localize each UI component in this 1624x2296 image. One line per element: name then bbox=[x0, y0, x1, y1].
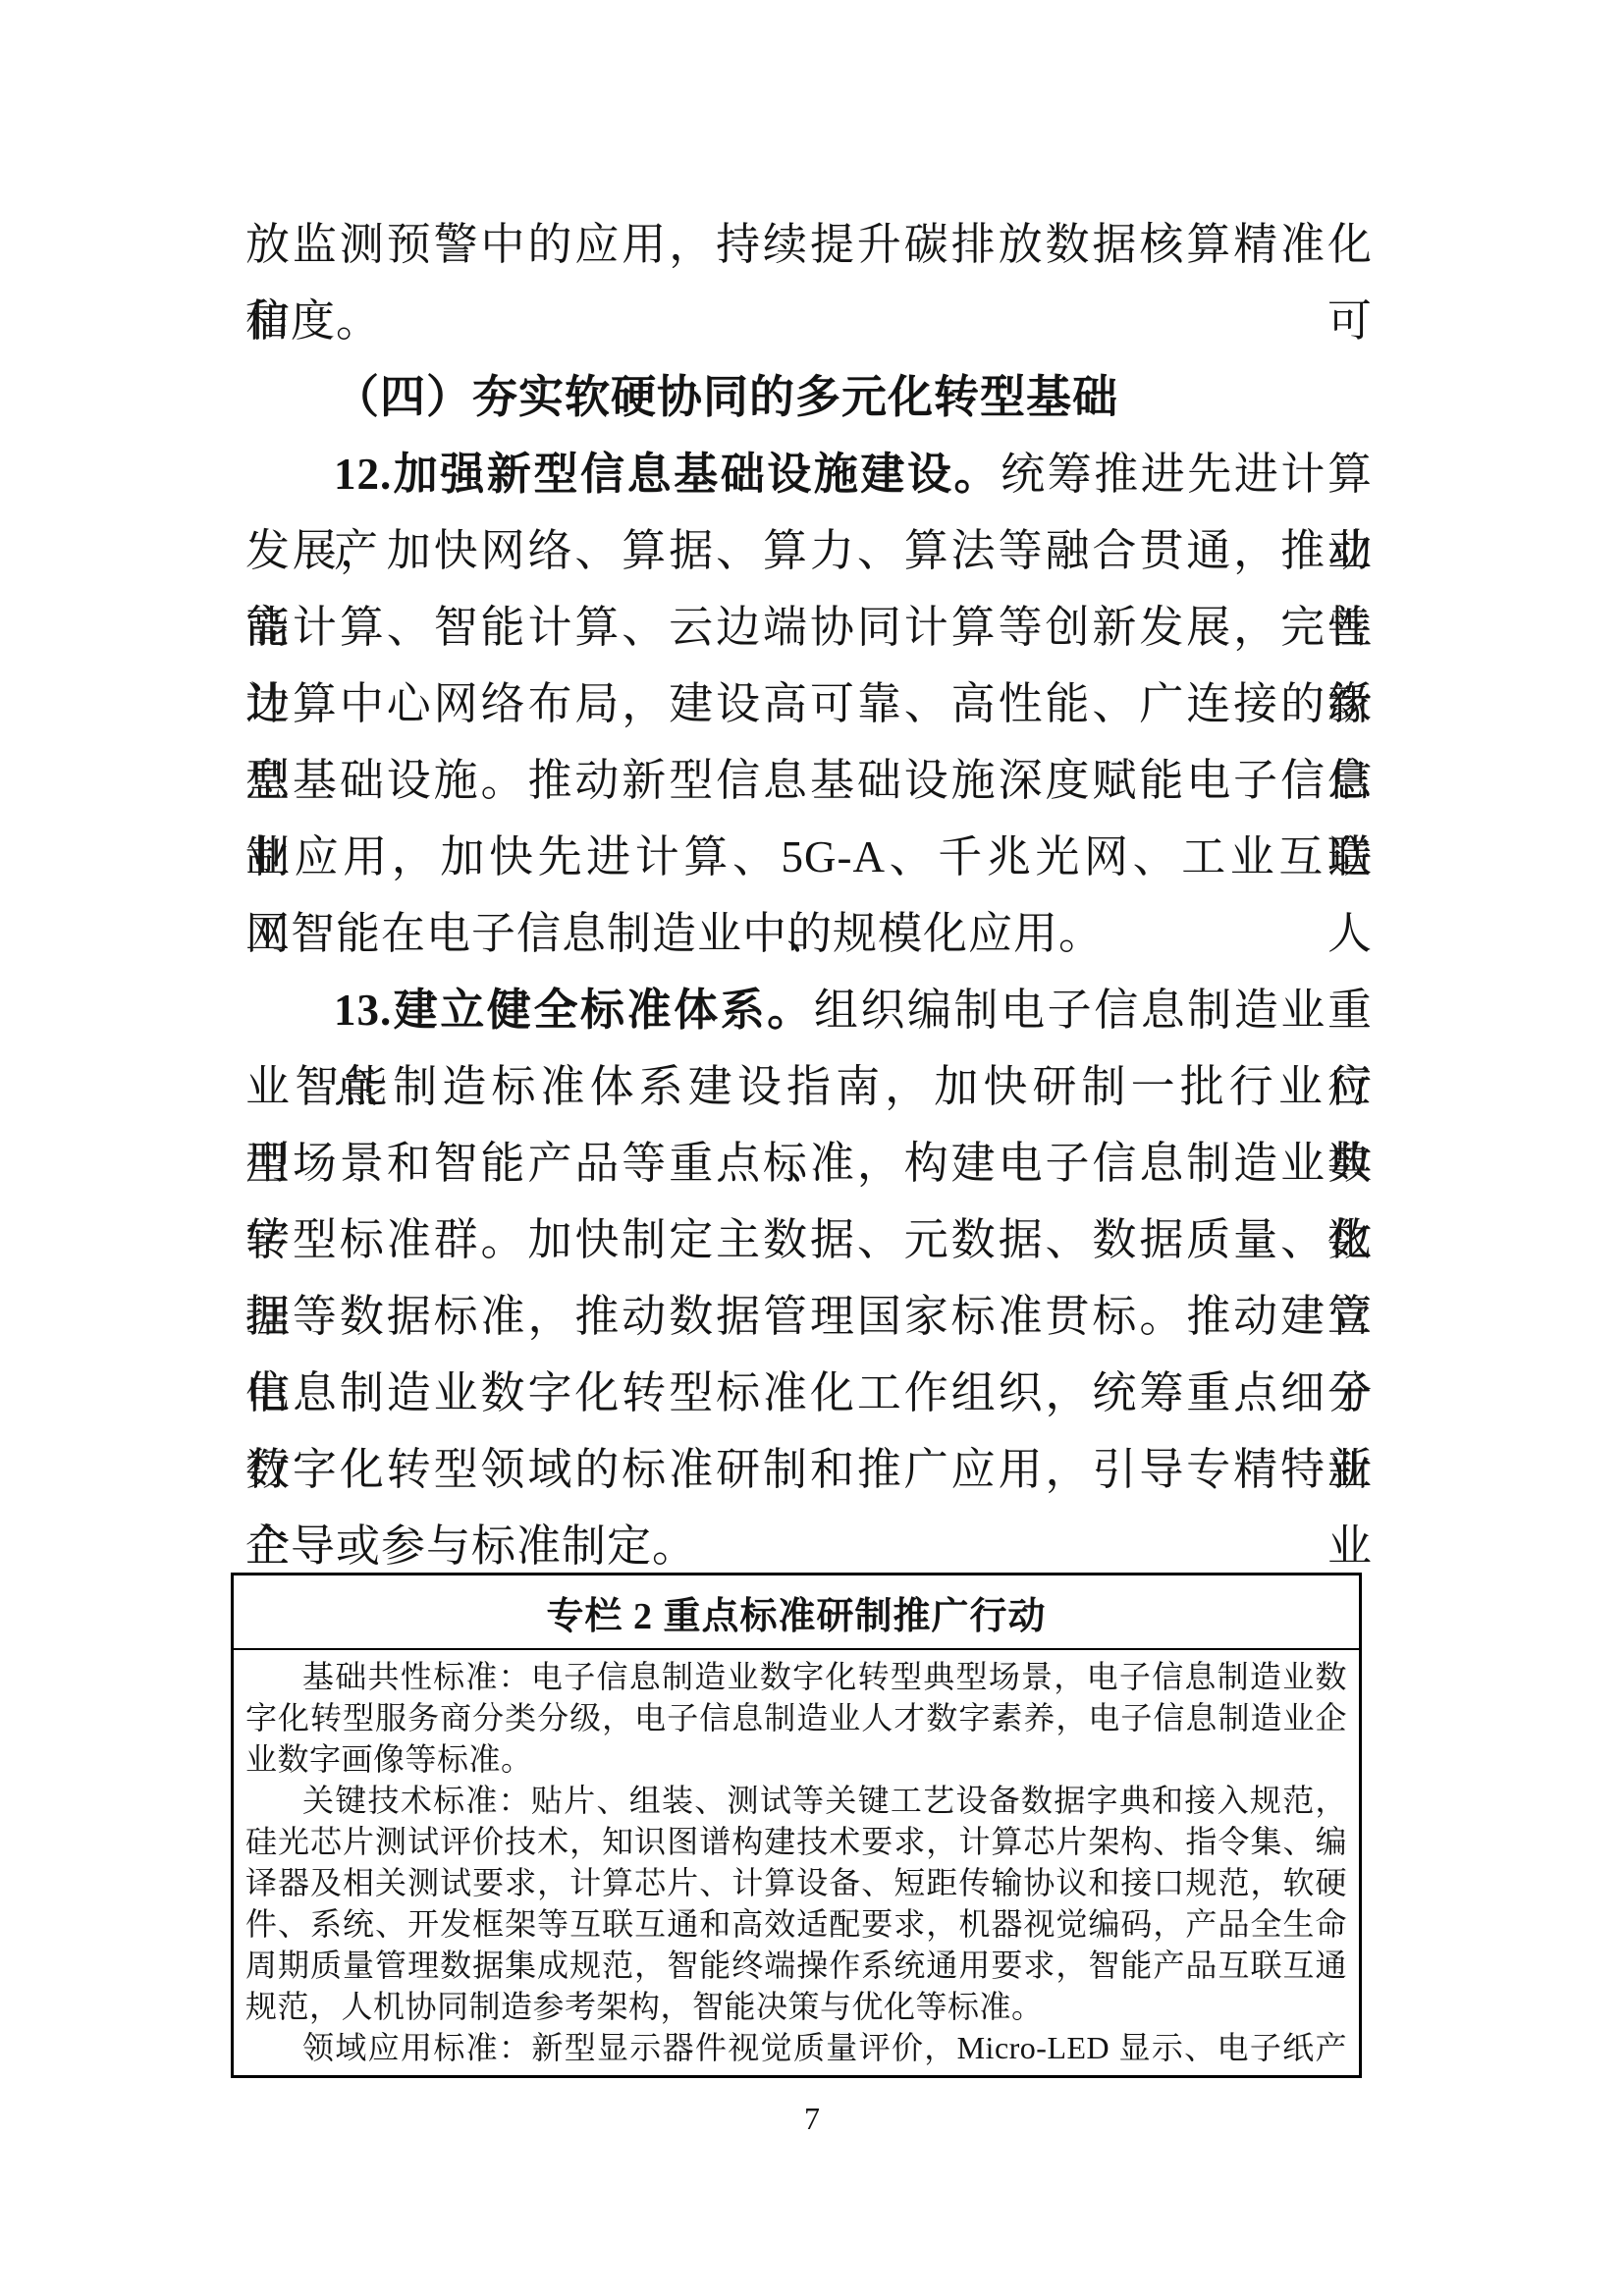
body-line: 转型标准群。加快制定主数据、元数据、数据质量、数据管 bbox=[245, 1201, 1373, 1278]
box-line: 硅光芯片测试评价技术，知识图谱构建技术要求，计算芯片架构、指令集、编 bbox=[245, 1821, 1347, 1862]
paragraph-lead-bold: 13.建立健全标准体系。 bbox=[334, 986, 814, 1035]
box-line: 规范，人机协同制造参考架构，智能决策与优化等标准。 bbox=[245, 1986, 1347, 2027]
page-number: 7 bbox=[0, 2101, 1624, 2136]
main-text-column: 放监测预警中的应用，持续提升碳排放数据核算精准化和可 信度。 （四）夯实软硬协同… bbox=[245, 206, 1373, 1584]
box-line: 周期质量管理数据集成规范，智能终端操作系统通用要求，智能产品互联互通 bbox=[245, 1945, 1347, 1986]
spotlight-box-2: 专栏 2 重点标准研制推广行动 基础共性标准：电子信息制造业数字化转型典型场景，… bbox=[231, 1573, 1362, 2078]
box-label-bold: 领域应用标准： bbox=[302, 2030, 531, 2065]
box-label-bold: 关键技术标准： bbox=[302, 1783, 531, 1818]
box-text: 新型显示器件视觉质量评价，Micro-LED 显示、电子纸产 bbox=[531, 2030, 1347, 2065]
box-line: 业数字画像等标准。 bbox=[245, 1738, 1347, 1780]
body-line: 计算中心网络布局，建设高可靠、高性能、广连接的新型信 bbox=[245, 666, 1373, 742]
body-line: 放监测预警中的应用，持续提升碳排放数据核算精准化和可 bbox=[245, 206, 1373, 283]
body-line: 业智能制造标准体系建设指南，加快研制一批行业应用、典 bbox=[245, 1048, 1373, 1125]
body-line: 型场景和智能产品等重点标准，构建电子信息制造业数字化 bbox=[245, 1125, 1373, 1201]
section-heading: （四）夯实软硬协同的多元化转型基础 bbox=[245, 359, 1373, 436]
body-line: 12.加强新型信息基础设施建设。统筹推进先进计算产业 bbox=[245, 436, 1373, 512]
body-line: 13.建立健全标准体系。组织编制电子信息制造业重点行 bbox=[245, 972, 1373, 1048]
body-line: 数字化转型领域的标准研制和推广应用，引导专精特新企业 bbox=[245, 1431, 1373, 1508]
box-line: 件、系统、开发框架等互联互通和高效适配要求，机器视觉编码，产品全生命 bbox=[245, 1903, 1347, 1945]
body-line: 理等数据标准，推动数据管理国家标准贯标。推动建立电子 bbox=[245, 1278, 1373, 1355]
body-line: 信息制造业数字化转型标准化工作组织，统筹重点细分行业 bbox=[245, 1355, 1373, 1431]
spotlight-box-title: 专栏 2 重点标准研制推广行动 bbox=[234, 1575, 1359, 1650]
body-line: 息基础设施。推动新型信息基础设施深度赋能电子信息制造 bbox=[245, 742, 1373, 819]
box-line: 译器及相关测试要求，计算芯片、计算设备、短距传输协议和接口规范，软硬 bbox=[245, 1862, 1347, 1903]
paragraph-lead-bold: 12.加强新型信息基础设施建设。 bbox=[334, 450, 1001, 499]
box-line: 字化转型服务商分类分级，电子信息制造业人才数字素养，电子信息制造业企 bbox=[245, 1697, 1347, 1738]
box-text: 贴片、组装、测试等关键工艺设备数据字典和接入规范， bbox=[531, 1783, 1347, 1818]
body-line: 业应用，加快先进计算、5G-A、千兆光网、工业互联网、人 bbox=[245, 819, 1373, 895]
box-line: 领域应用标准：新型显示器件视觉质量评价，Micro-LED 显示、电子纸产 bbox=[245, 2027, 1347, 2068]
body-line: 发展，加快网络、算据、算力、算法等融合贯通，推动高性 bbox=[245, 512, 1373, 589]
box-text: 电子信息制造业数字化转型典型场景，电子信息制造业数 bbox=[531, 1659, 1347, 1694]
spotlight-box-body: 基础共性标准：电子信息制造业数字化转型典型场景，电子信息制造业数 字化转型服务商… bbox=[234, 1650, 1359, 2068]
box-line: 基础共性标准：电子信息制造业数字化转型典型场景，电子信息制造业数 bbox=[245, 1656, 1347, 1697]
document-page: 放监测预警中的应用，持续提升碳排放数据核算精准化和可 信度。 （四）夯实软硬协同… bbox=[0, 0, 1624, 2296]
box-line: 关键技术标准：贴片、组装、测试等关键工艺设备数据字典和接入规范， bbox=[245, 1780, 1347, 1821]
body-line: 能计算、智能计算、云边端协同计算等创新发展，完善边缘 bbox=[245, 589, 1373, 666]
box-label-bold: 基础共性标准： bbox=[302, 1659, 531, 1694]
